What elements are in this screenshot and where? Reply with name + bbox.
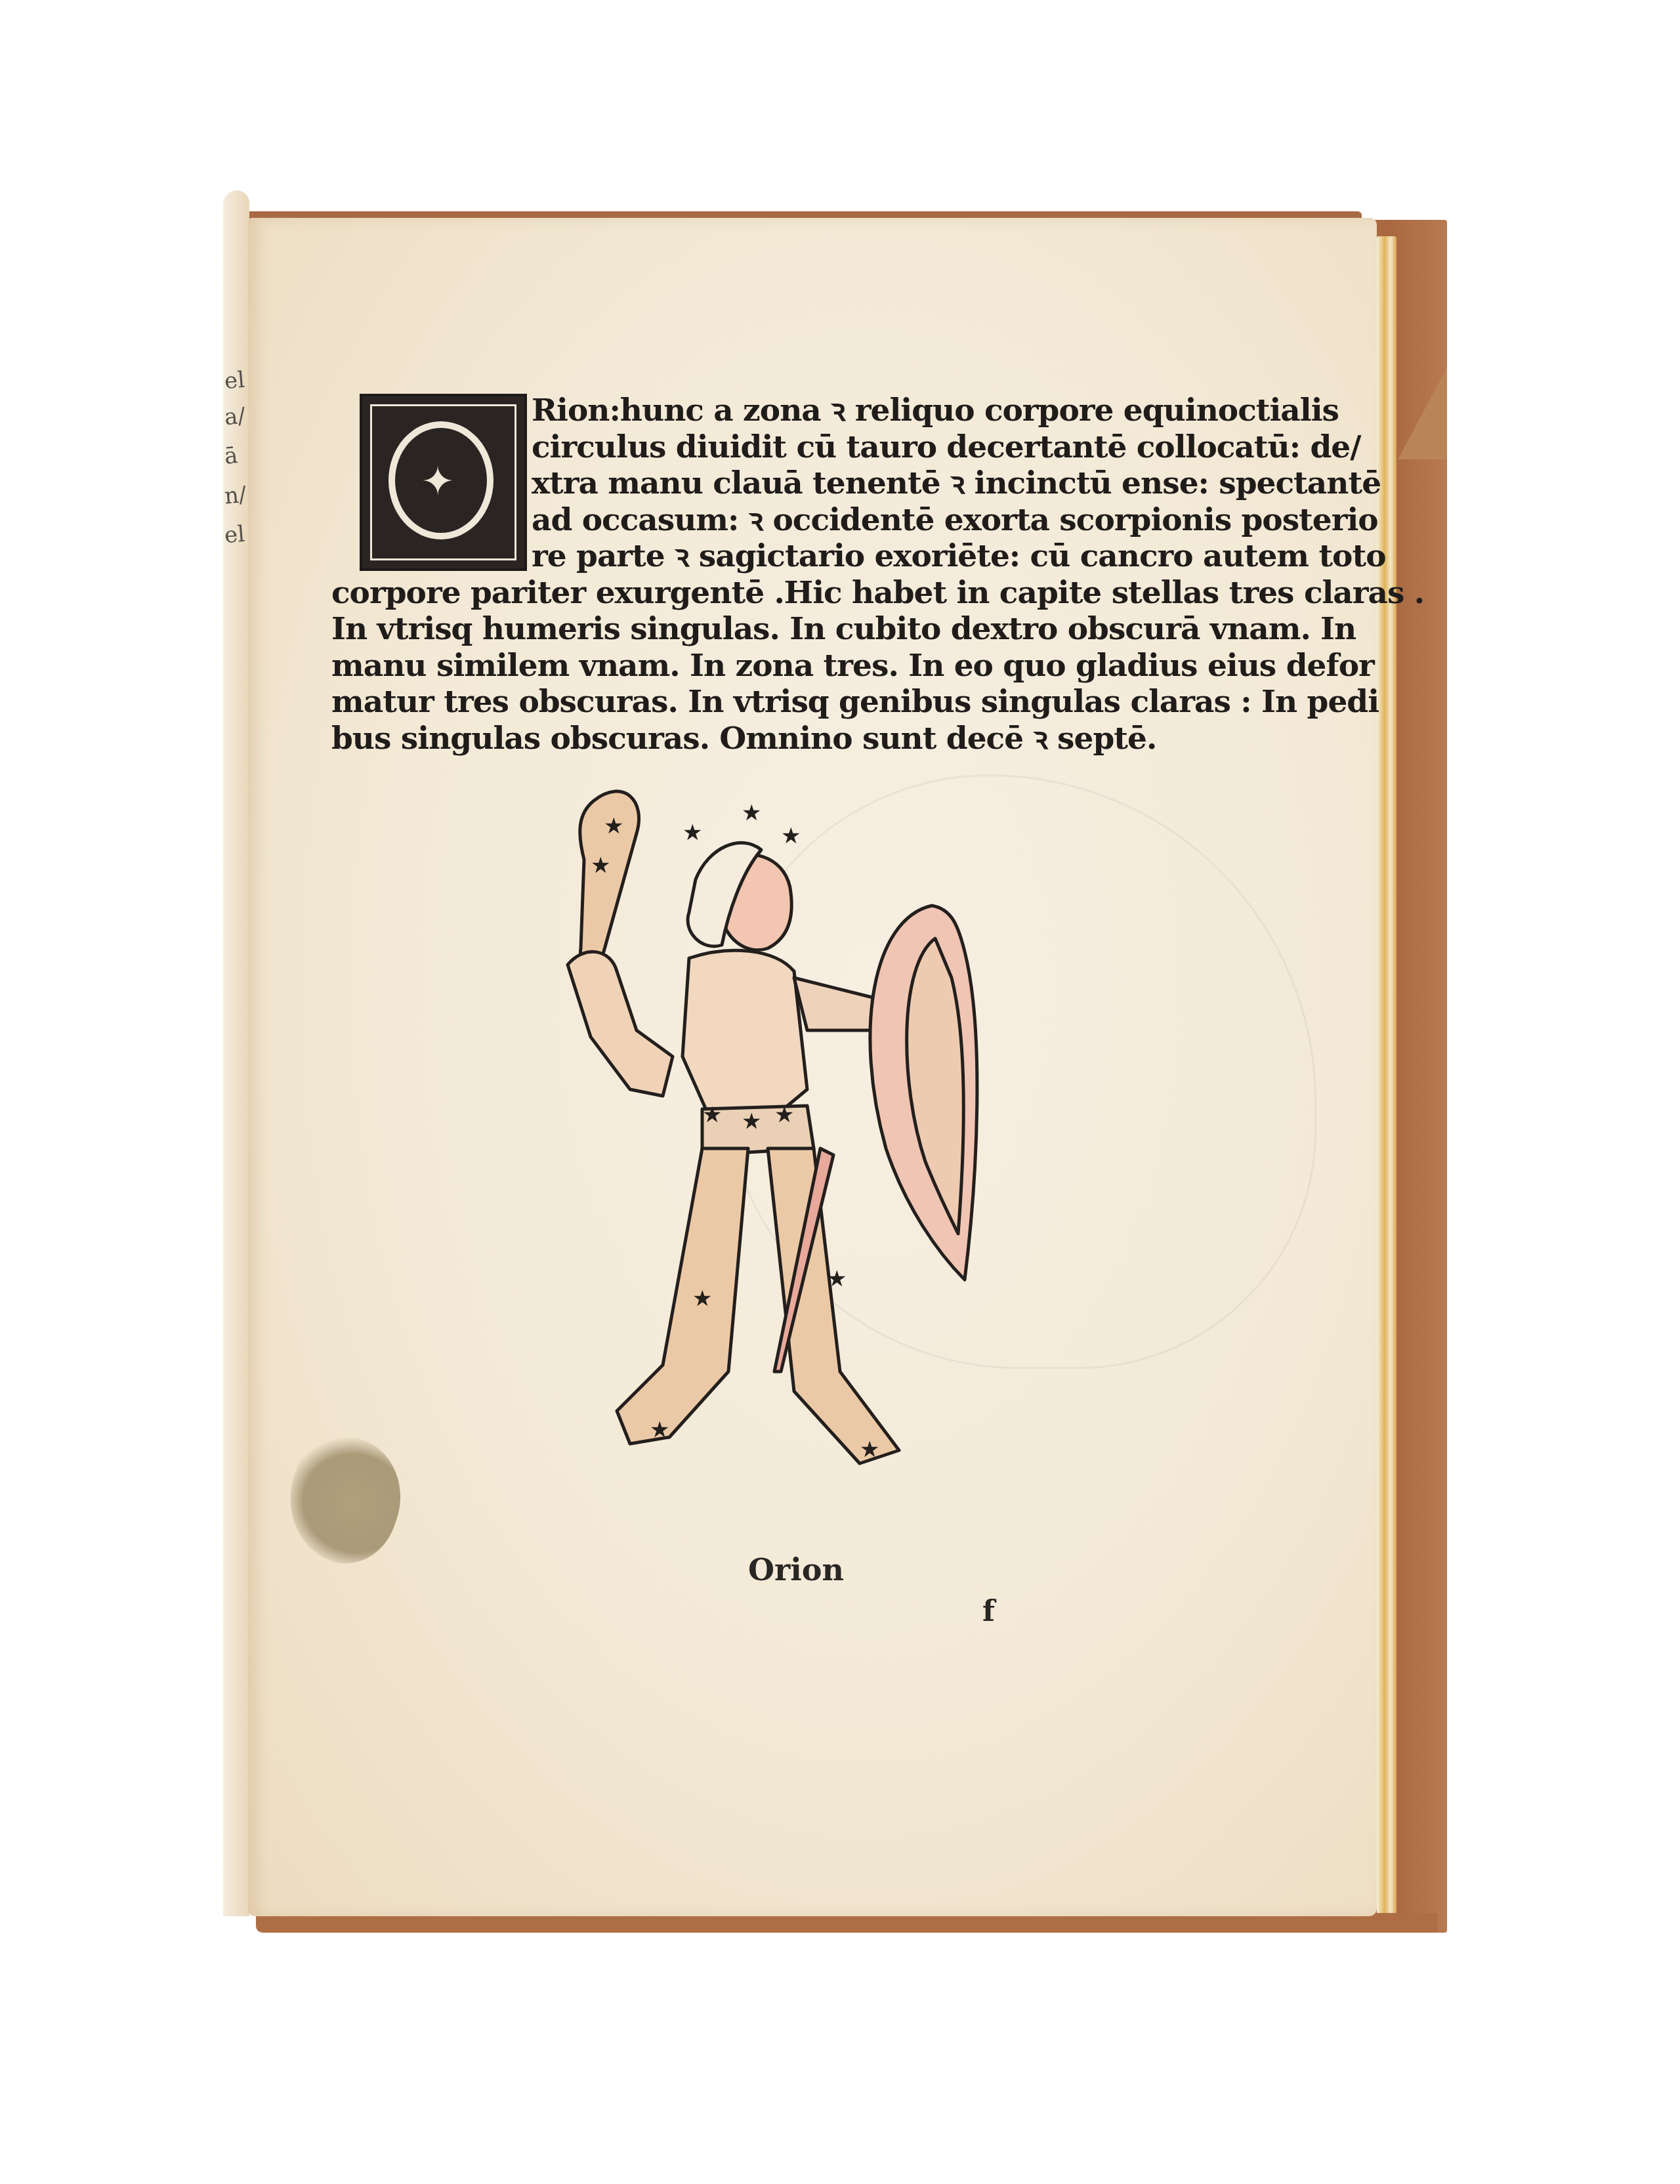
text-line: In vtrisq humeris singulas. In cubito de… (331, 611, 1178, 648)
text-line: Rion:hunc a zona ꝛ reliquo corpore equin… (331, 392, 1178, 429)
margin-fragment: ā (223, 442, 239, 470)
margin-fragment: el (223, 367, 245, 395)
text-line: matur tres obscuras. In vtrisq genibus s… (331, 684, 1178, 721)
margin-fragment: n/ (223, 482, 247, 510)
star-icon: ★ (860, 1437, 879, 1463)
star-icon: ★ (650, 1417, 669, 1443)
text-line: circulus diuidit cū tauro decertantē col… (331, 429, 1178, 466)
signature-mark: f (982, 1595, 995, 1628)
text-line: bus singulas obscuras. Omnino sunt decē … (331, 721, 1178, 757)
star-icon: ★ (827, 1266, 847, 1292)
text-line: corpore pariter exurgentē .Hic habet in … (331, 575, 1178, 612)
star-icon: ★ (742, 800, 761, 826)
star-icon: ★ (591, 852, 610, 879)
margin-fragment: a/ (223, 403, 246, 431)
text-line: re parte ꝛ sagictario exoriēte: cū cancr… (331, 538, 1178, 575)
text-line: ad occasum: ꝛ occidentē exorta scorpioni… (331, 502, 1178, 539)
torso (682, 950, 807, 1122)
star-icon: ★ (604, 813, 623, 839)
body-text: Rion:hunc a zona ꝛ reliquo corpore equin… (331, 392, 1178, 757)
star-icon: ★ (682, 820, 702, 846)
star-icon: ★ (781, 823, 801, 849)
margin-fragment: el (223, 521, 245, 549)
star-icon: ★ (742, 1108, 761, 1135)
text-line: xtra manu clauā tenentē ꝛ incinctū ense:… (331, 465, 1178, 502)
figure-caption: Orion (748, 1552, 844, 1587)
orion-woodcut: ★ ★ ★ ★ ★ ★ ★ ★ ★ ★ ★ ★ (532, 781, 1096, 1555)
star-icon: ★ (702, 1102, 722, 1128)
star-icon: ★ (774, 1102, 794, 1128)
star-icon: ★ (692, 1286, 712, 1312)
left-leg (617, 1148, 748, 1444)
text-line: manu similem vnam. In zona tres. In eo q… (331, 648, 1178, 684)
